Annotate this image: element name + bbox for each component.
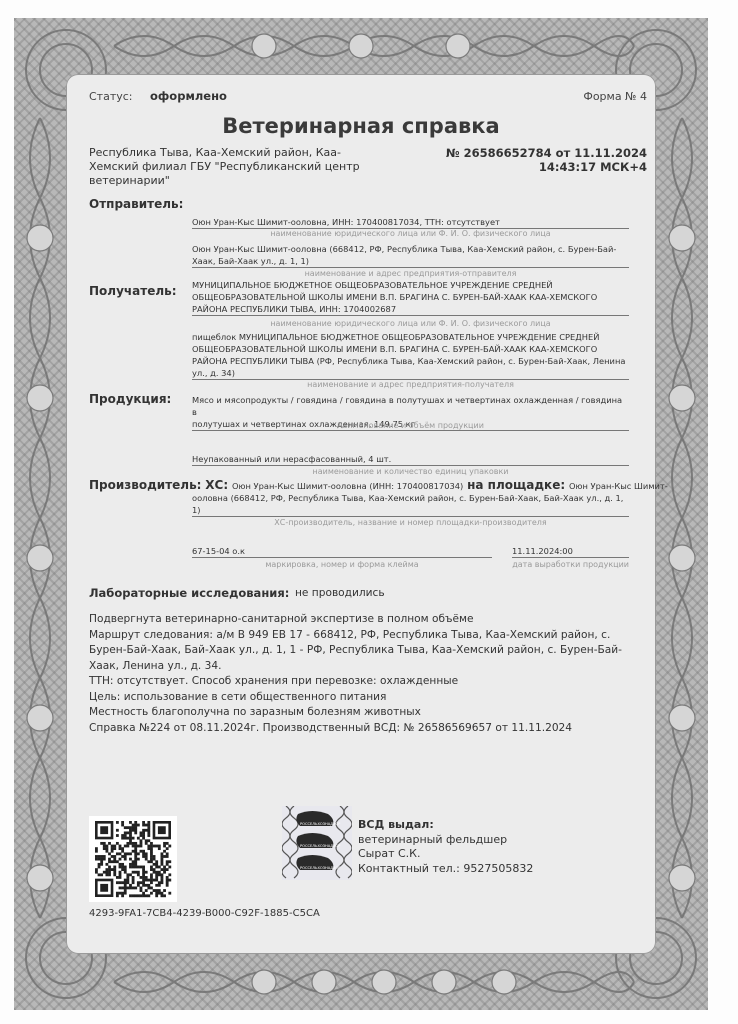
recipient-entity-line: МУНИЦИПАЛЬНОЕ БЮДЖЕТНОЕ ОБЩЕОБРАЗОВАТЕЛЬ…: [192, 279, 629, 291]
producer-site-line: 1): [192, 504, 629, 516]
production-date-caption: дата выработки продукции: [512, 560, 629, 569]
recipient-enterprise-line: ул., д. 34): [192, 367, 629, 379]
note-line: Справка №224 от 08.11.2024г. Производств…: [89, 721, 622, 737]
doc-time-line: 14:43:17 МСК+4: [446, 160, 647, 174]
status-badge: оформлено: [150, 89, 227, 103]
recipient-entity-line: ОБЩЕОБРАЗОВАТЕЛЬНОЙ ШКОЛЫ ИМЕНИ В.П. БРА…: [192, 291, 629, 303]
issuer-line: Хемский филиал ГБУ "Республиканский цент…: [89, 160, 360, 174]
lab-label: Лабораторные исследования:: [89, 586, 289, 600]
note-line: Бурен-Бай-Хаак, Бай-Хаак ул., д. 1, 1 - …: [89, 643, 622, 659]
sender-entity-caption: наименование юридического лица или Ф. И.…: [192, 229, 629, 238]
producer-label: Производитель:: [89, 478, 201, 492]
note-line: ТТН: отсутствует. Способ хранения при пе…: [89, 674, 622, 690]
sender-entity: Оюн Уран-Кыс Шимит-ооловна, ИНН: 1704008…: [192, 216, 629, 229]
producer-site: ооловна (668412, РФ, Республика Тыва, Ка…: [192, 492, 629, 517]
recipient-entity-caption: наименование юридического лица или Ф. И.…: [192, 319, 629, 328]
recipient-enterprise-caption: наименование и адрес предприятия-получат…: [192, 380, 629, 389]
issuer-line: ветеринарии": [89, 174, 360, 188]
product-name-line: Мясо и мясопродукты / говядина / говядин…: [192, 394, 629, 418]
doc-number-line: № 26586652784 от 11.11.2024: [446, 146, 647, 160]
producer-caption: ХС-производитель, название и номер площа…: [192, 518, 629, 527]
recipient-label: Получатель:: [89, 284, 177, 298]
recipient-entity: МУНИЦИПАЛЬНОЕ БЮДЖЕТНОЕ ОБЩЕОБРАЗОВАТЕЛЬ…: [192, 279, 629, 316]
issued-by-block: ВСД выдал: ветеринарный фельдшер Сырат С…: [358, 818, 533, 876]
product-name-caption: наименование и объём продукции: [192, 421, 629, 430]
issuer-block: Республика Тыва, Каа-Хемский район, Каа-…: [89, 146, 360, 188]
note-line: Цель: использование в сети общественного…: [89, 690, 622, 706]
producer-line: Производитель: ХС: Оюн Уран-Кыс Шимит-оо…: [89, 478, 668, 492]
issuer-name: Сырат С.К.: [358, 847, 533, 862]
product-label: Продукция:: [89, 392, 171, 406]
lab-value: не проводились: [295, 587, 385, 599]
page-title: Ветеринарная справка: [0, 114, 722, 138]
product-package-caption: наименование и количество единиц упаковк…: [192, 467, 629, 476]
site-value: Оюн Уран-Кыс Шимит-: [569, 481, 668, 491]
svg-text:РОССЕЛЬХОЗНАДЗОР: РОССЕЛЬХОЗНАДЗОР: [300, 844, 341, 848]
product-package: Неупакованный или нерасфасованный, 4 шт.: [192, 453, 629, 466]
qr-code[interactable]: [89, 816, 177, 902]
sender-enterprise-line: Хаак, Бай-Хаак ул., д. 1, 1): [192, 255, 629, 267]
xc-label: ХС:: [205, 478, 228, 492]
production-date: 11.11.2024:00: [512, 545, 629, 558]
note-line: Подвергнута ветеринарно-санитарной экспе…: [89, 612, 622, 628]
issuer-contact: Контактный тел.: 9527505832: [358, 862, 533, 877]
qr-code-icon: [89, 816, 177, 902]
document-uuid: 4293-9FA1-7CB4-4239-B000-C92F-1885-C5CA: [89, 908, 320, 919]
recipient-enterprise: пищеблок МУНИЦИПАЛЬНОЕ БЮДЖЕТНОЕ ОБЩЕОБР…: [192, 331, 629, 380]
svg-text:РОССЕЛЬХОЗНАДЗОР: РОССЕЛЬХОЗНАДЗОР: [300, 866, 341, 870]
note-line: Местность благополучна по заразным болез…: [89, 705, 622, 721]
recipient-enterprise-line: пищеблок МУНИЦИПАЛЬНОЕ БЮДЖЕТНОЕ ОБЩЕОБР…: [192, 331, 629, 343]
producer-site-line: ооловна (668412, РФ, Республика Тыва, Ка…: [192, 492, 629, 504]
status-label: Статус:: [89, 90, 133, 103]
notes-block: Подвергнута ветеринарно-санитарной экспе…: [89, 612, 622, 736]
hologram-icon: РОССЕЛЬХОЗНАДЗОР РОССЕЛЬХОЗНАДЗОР РОССЕЛ…: [282, 806, 352, 880]
xc-value: Оюн Уран-Кыс Шимит-ооловна (ИНН: 1704008…: [232, 481, 463, 491]
note-line: Хаак, Ленина ул., д. 34.: [89, 659, 622, 675]
sender-enterprise: Оюн Уран-Кыс Шимит-ооловна (668412, РФ, …: [192, 243, 629, 268]
form-number: Форма № 4: [583, 90, 647, 103]
svg-text:РОССЕЛЬХОЗНАДЗОР: РОССЕЛЬХОЗНАДЗОР: [300, 822, 341, 826]
document-number: № 26586652784 от 11.11.2024 14:43:17 МСК…: [446, 146, 647, 174]
issued-by-label: ВСД выдал:: [358, 818, 533, 833]
sender-enterprise-line: Оюн Уран-Кыс Шимит-ооловна (668412, РФ, …: [192, 243, 629, 255]
recipient-enterprise-line: РАЙОНА РЕСПУБЛИКИ ТЫВА (РФ, Республика Т…: [192, 355, 629, 367]
issuer-position: ветеринарный фельдшер: [358, 833, 533, 848]
stamp-caption: маркировка, номер и форма клейма: [192, 560, 492, 569]
hologram-seal: РОССЕЛЬХОЗНАДЗОР РОССЕЛЬХОЗНАДЗОР РОССЕЛ…: [282, 806, 352, 880]
issuer-line: Республика Тыва, Каа-Хемский район, Каа-: [89, 146, 360, 160]
sender-enterprise-caption: наименование и адрес предприятия-отправи…: [192, 269, 629, 278]
site-label: на площадке:: [467, 478, 565, 492]
recipient-enterprise-line: ОБЩЕОБРАЗОВАТЕЛЬНОЙ ШКОЛЫ ИМЕНИ В.П. БРА…: [192, 343, 629, 355]
note-line: Маршрут следования: а/м В 949 ЕВ 17 - 66…: [89, 628, 622, 644]
stamp-value: 67-15-04 о.к: [192, 545, 492, 558]
recipient-entity-line: РАЙОНА РЕСПУБЛИКИ ТЫВА, ИНН: 1704002687: [192, 303, 629, 315]
sender-label: Отправитель:: [89, 197, 183, 211]
